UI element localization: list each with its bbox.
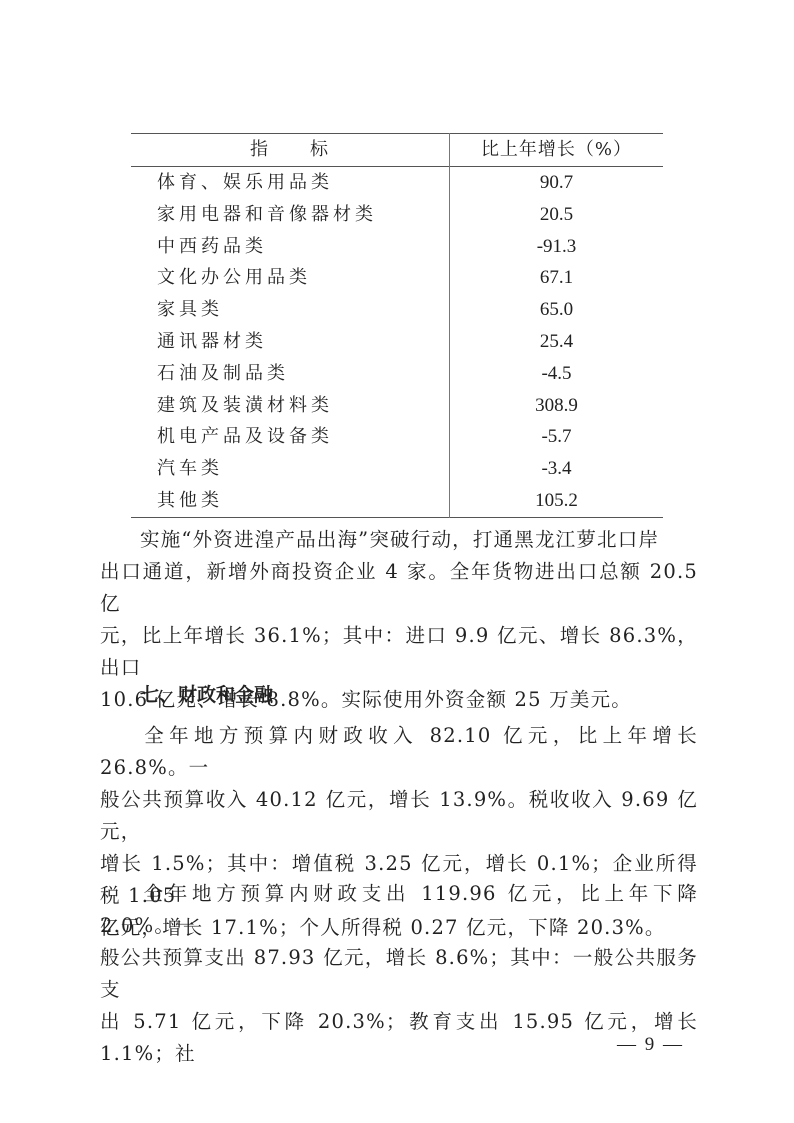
table-row: 家具类65.0 bbox=[131, 294, 663, 326]
paragraph-line: 实施“外资进湟产品出海”突破行动，打通黑龙江萝北口岸 bbox=[100, 524, 698, 556]
row-label: 文化办公用品类 bbox=[131, 262, 450, 294]
row-label: 汽车类 bbox=[131, 453, 450, 485]
paragraph-line: 出 5.71 亿元，下降 20.3%；教育支出 15.95 亿元，增长 1.1%… bbox=[100, 1006, 698, 1070]
paragraph-line: 般公共预算支出 87.93 亿元，增长 8.6%；其中：一般公共服务支 bbox=[100, 942, 698, 1006]
row-label: 家用电器和音像器材类 bbox=[131, 199, 450, 231]
retail-growth-table: 指 标 比上年增长（%） 体育、娱乐用品类90.7 家用电器和音像器材类20.5… bbox=[131, 133, 663, 518]
table-row: 其他类105.2 bbox=[131, 485, 663, 517]
row-label: 中西药品类 bbox=[131, 231, 450, 263]
table-row: 建筑及装潢材料类308.9 bbox=[131, 390, 663, 422]
row-label: 其他类 bbox=[131, 485, 450, 517]
row-value: 20.5 bbox=[450, 199, 664, 231]
row-value: 105.2 bbox=[450, 485, 664, 517]
table-row: 家用电器和音像器材类20.5 bbox=[131, 199, 663, 231]
table-row: 汽车类-3.4 bbox=[131, 453, 663, 485]
row-label: 建筑及装潢材料类 bbox=[131, 390, 450, 422]
row-value: -3.4 bbox=[450, 453, 664, 485]
row-value: 308.9 bbox=[450, 390, 664, 422]
paragraph-line: 出口通道，新增外商投资企业 4 家。全年货物进出口总额 20.5 亿 bbox=[100, 556, 698, 620]
table-row: 机电产品及设备类-5.7 bbox=[131, 421, 663, 453]
row-label: 石油及制品类 bbox=[131, 358, 450, 390]
row-value: 90.7 bbox=[450, 167, 664, 199]
row-label: 机电产品及设备类 bbox=[131, 421, 450, 453]
table-row: 中西药品类-91.3 bbox=[131, 231, 663, 263]
table-row: 石油及制品类-4.5 bbox=[131, 358, 663, 390]
paragraph-line: 元，比上年增长 36.1%；其中：进口 9.9 亿元、增长 86.3%，出口 bbox=[100, 620, 698, 684]
paragraph-line: 全年地方预算内财政支出 119.96 亿元，比上年下降 2.0%。一 bbox=[100, 878, 698, 942]
section-heading: 七、财政和金融 bbox=[140, 680, 273, 707]
row-label: 体育、娱乐用品类 bbox=[131, 167, 450, 199]
table-row: 体育、娱乐用品类90.7 bbox=[131, 167, 663, 199]
row-value: 67.1 bbox=[450, 262, 664, 294]
row-value: -4.5 bbox=[450, 358, 664, 390]
header-growth: 比上年增长（%） bbox=[450, 134, 664, 167]
row-value: -5.7 bbox=[450, 421, 664, 453]
paragraph-line: 般公共预算收入 40.12 亿元，增长 13.9%。税收收入 9.69 亿元， bbox=[100, 784, 698, 848]
paragraph-line: 全年地方预算内财政收入 82.10 亿元，比上年增长 26.8%。一 bbox=[100, 720, 698, 784]
paragraph-expenditure: 全年地方预算内财政支出 119.96 亿元，比上年下降 2.0%。一 般公共预算… bbox=[100, 878, 698, 1070]
row-label: 通讯器材类 bbox=[131, 326, 450, 358]
row-value: -91.3 bbox=[450, 231, 664, 263]
row-label: 家具类 bbox=[131, 294, 450, 326]
row-value: 25.4 bbox=[450, 326, 664, 358]
page-number: — 9 — bbox=[617, 1034, 684, 1056]
table-row: 文化办公用品类67.1 bbox=[131, 262, 663, 294]
row-value: 65.0 bbox=[450, 294, 664, 326]
header-indicator: 指 标 bbox=[131, 134, 450, 167]
table-header-row: 指 标 比上年增长（%） bbox=[131, 134, 663, 167]
table-row: 通讯器材类25.4 bbox=[131, 326, 663, 358]
